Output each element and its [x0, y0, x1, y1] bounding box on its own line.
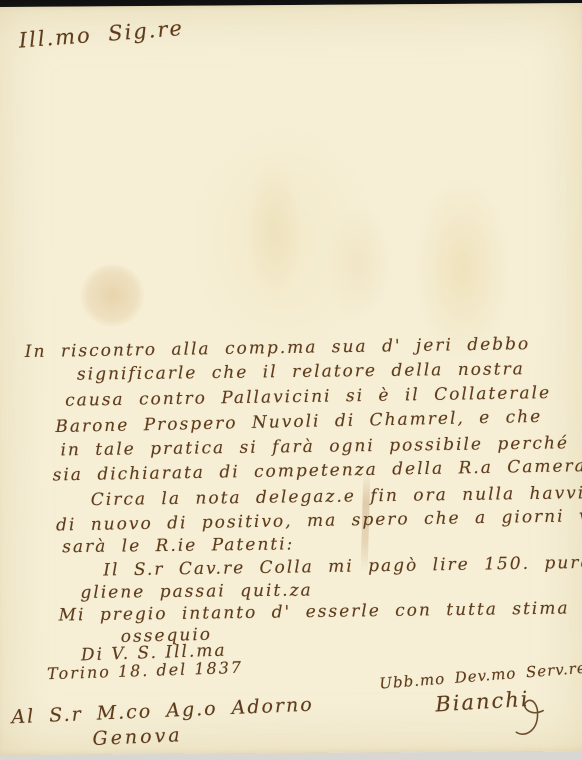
paper-haze-stain [183, 114, 385, 365]
letter-line: sia dichiarata di competenza della R.a C… [53, 456, 582, 485]
round-stain [80, 264, 144, 326]
letter-line: in tale pratica si farà ogni possibile p… [60, 433, 569, 460]
ink-showthrough-mark [243, 155, 304, 305]
dateline: Torino 18. del 1837 [47, 658, 244, 683]
recipient-address: Al S.r M.co Ag.o Adorno [11, 694, 314, 729]
letter-line: di nuovo di positivo, ma spero che a gio… [56, 506, 582, 535]
salutation: Ill.mo Sig.re [18, 16, 185, 53]
signature-flourish-icon [508, 686, 555, 745]
recipient-city: Genova [92, 724, 183, 750]
letter-line: sarà le R.ie Patenti: [62, 534, 294, 557]
letter-line: In riscontro alla comp.ma sua d' jeri de… [25, 334, 531, 362]
letter-line: Barone Prospero Nuvoli di Chamrel, e che [55, 407, 542, 437]
letter-line: causa contro Pallavicini si è il Collate… [65, 383, 551, 411]
letter-paper: Ill.mo Sig.re In riscontro alla comp.ma … [0, 3, 582, 755]
letter-line: Il S.r Cav.re Colla mi pagò lire 150. pu… [103, 553, 582, 581]
letter-line: Circa la nota delegaz.e fin ora nulla ha… [91, 483, 582, 510]
letter-scan: Ill.mo Sig.re In riscontro alla comp.ma … [0, 0, 582, 760]
letter-line: gliene passai quit.za [80, 580, 312, 602]
letter-line: significarle che il relatore della nostr… [77, 359, 525, 384]
ink-showthrough-mark [324, 204, 395, 324]
